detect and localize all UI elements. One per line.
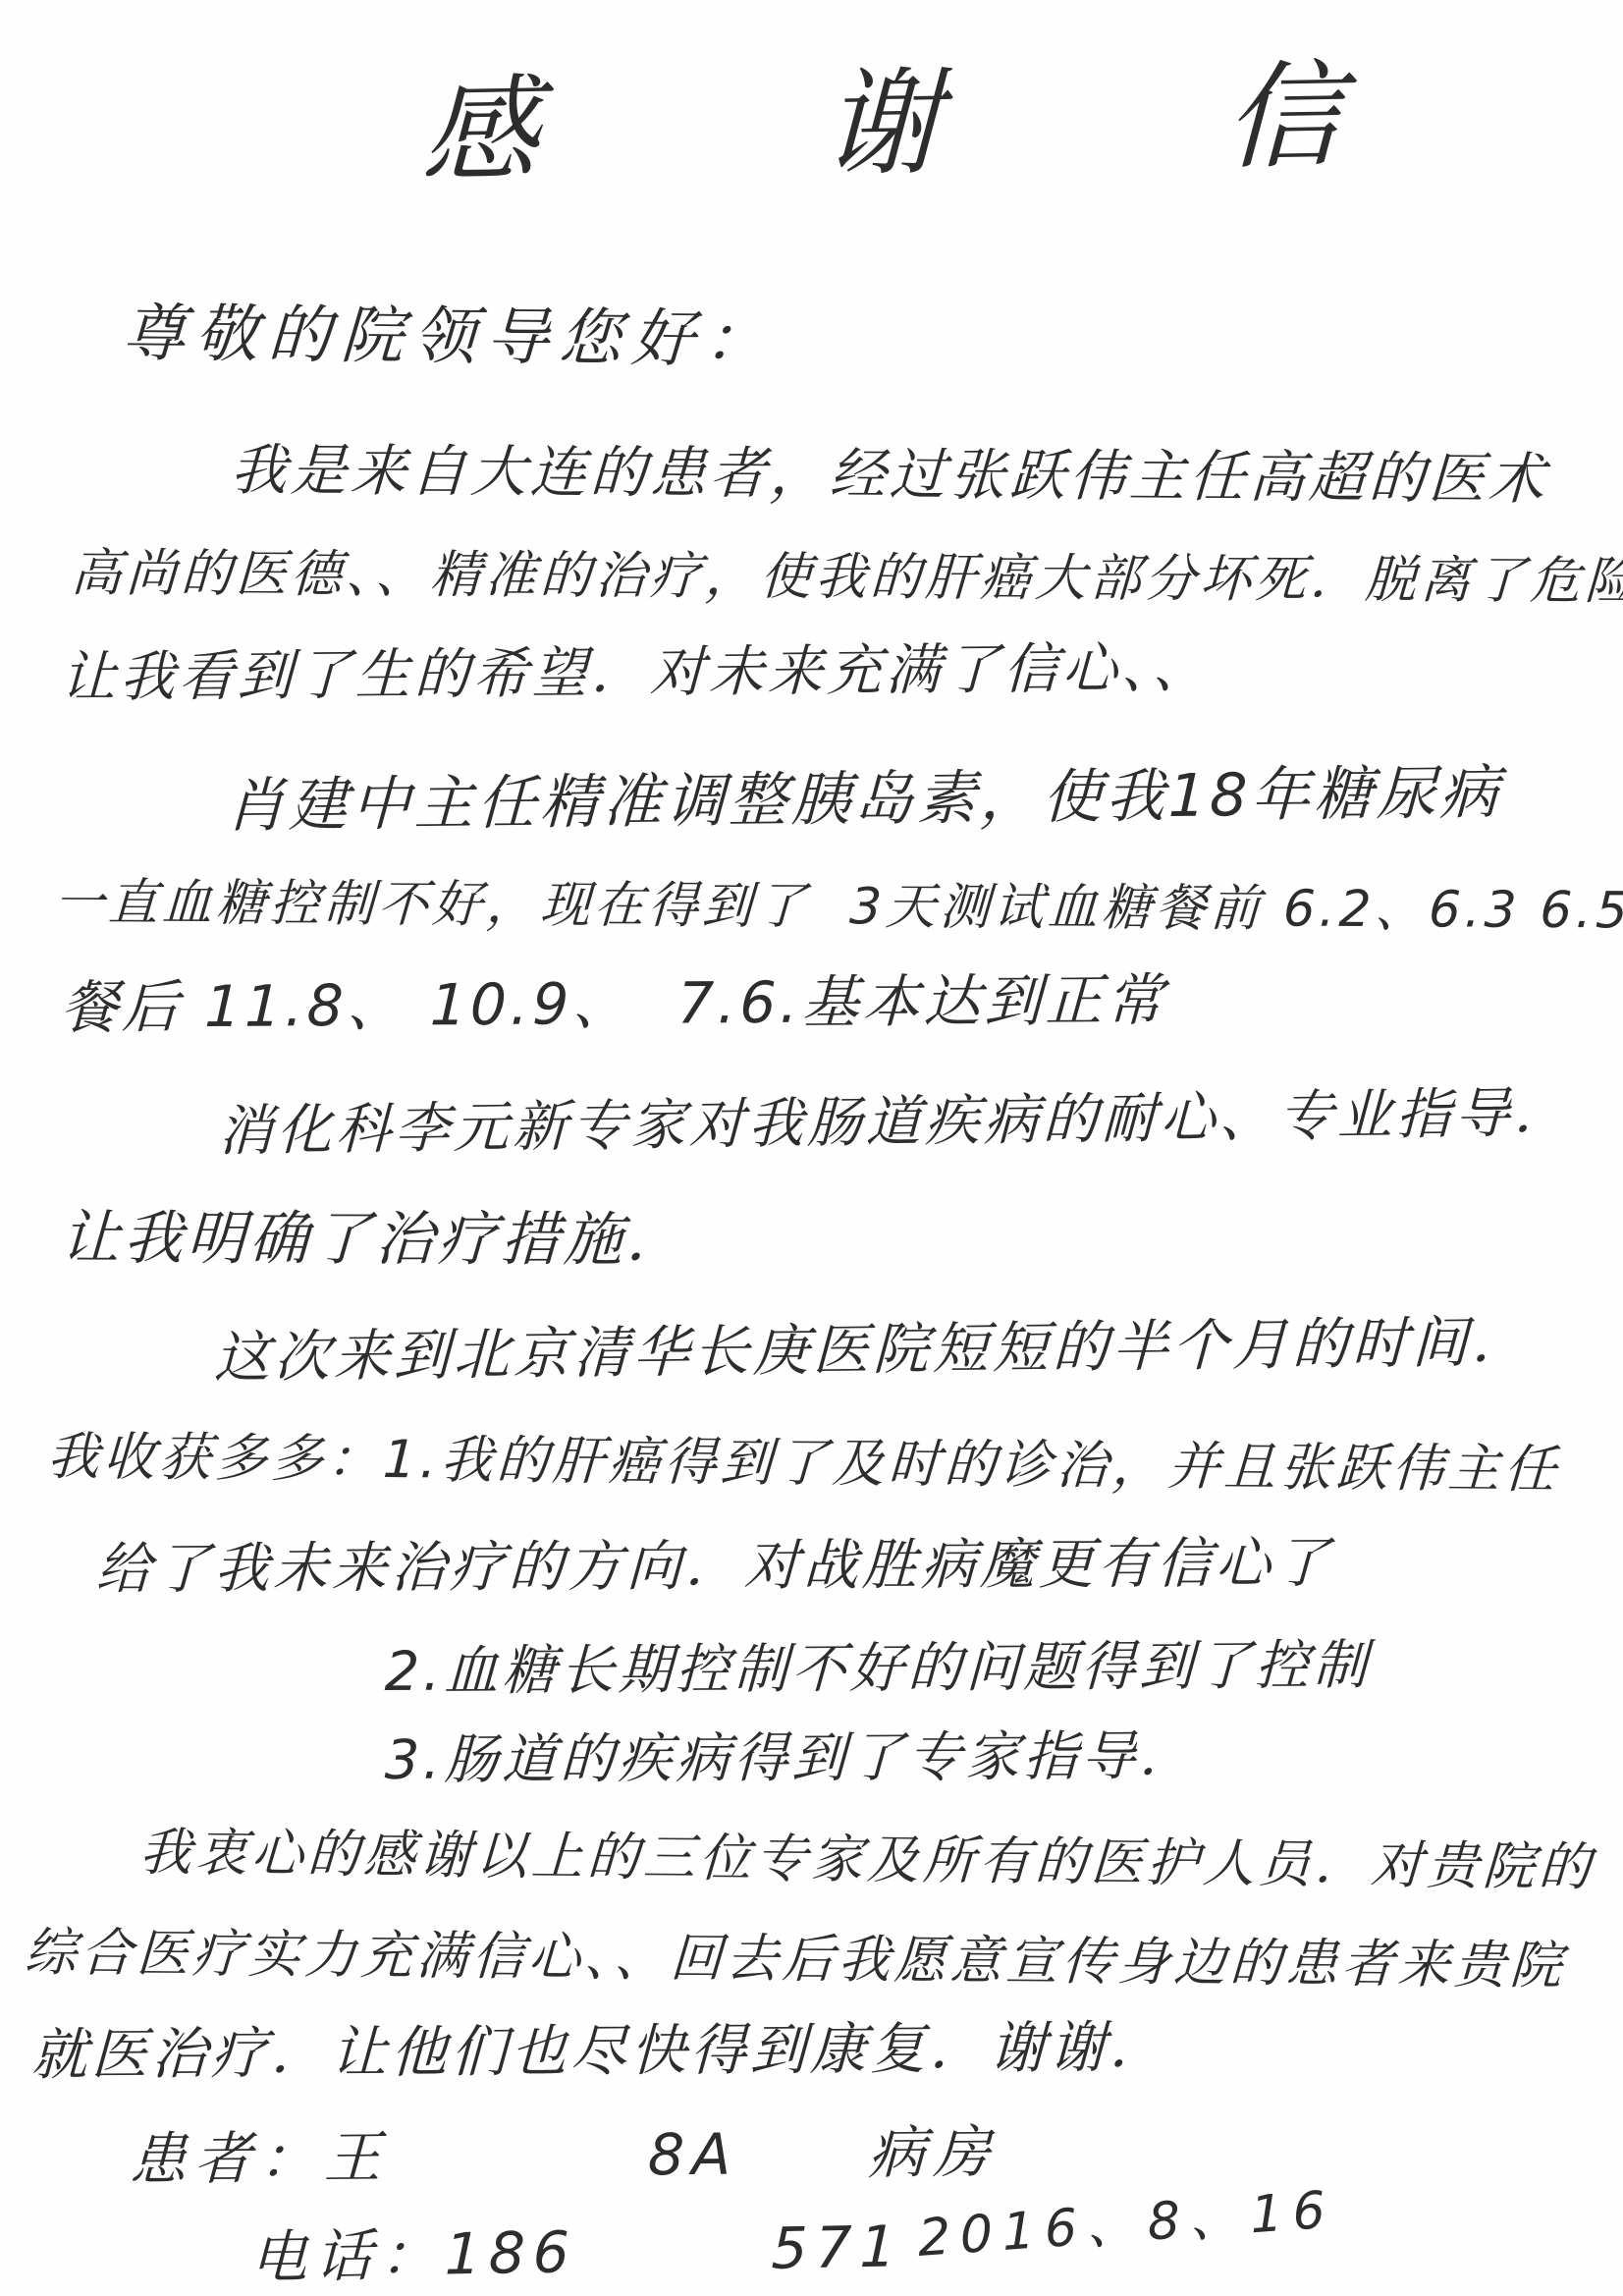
signature-phone-line: 电话：186 571	[249, 2215, 903, 2289]
letter-line-10: 我收获多多：1.我的肝癌得到了及时的诊治，并且张跃伟主任	[46, 1429, 1561, 1500]
letter-page: 感 谢 信 尊敬的院领导您好： 我是来自大连的患者，经过张跃伟主任高超的医术 高…	[0, 0, 1623, 2296]
letter-line-1: 我是来自大连的患者，经过张跃伟主任高超的医术	[230, 440, 1550, 511]
letter-line-7: 消化科李元新专家对我肠道疾病的耐心、专业指导．	[217, 1083, 1573, 1163]
letter-line-6: 餐后 11.8、 10.9、 7.6.基本达到正常	[60, 969, 1167, 1040]
letter-line-8: 让我明确了治疗措施．	[60, 1206, 691, 1273]
letter-line-13: 3.肠道的疾病得到了专家指导．	[384, 1726, 1198, 1790]
letter-line-11: 给了我未来治疗的方向．对战胜病魔更有信心了	[95, 1533, 1334, 1600]
letter-line-14: 我衷心的感谢以上的三位专家及所有的医护人员．对贵院的	[138, 1825, 1596, 1897]
letter-line-4: 肖建中主任精准调整胰岛素，使我18年糖尿病	[225, 760, 1503, 839]
letter-title: 感 谢 信	[421, 51, 1413, 195]
signature-patient-line: 患者：王 8A 病房	[129, 2121, 999, 2192]
letter-line-3: 让我看到了生的希望．对未来充满了信心、、	[60, 638, 1213, 709]
letter-line-15: 综合医疗实力充满信心、、回去后我愿意宣传身边的患者来贵院	[24, 1925, 1567, 1995]
letter-line-5: 一直血糖控制不好，现在得到了 3天测试血糖餐前 6.2、6.3 6.5	[53, 876, 1623, 939]
letter-line-12: 2.血糖长期控制不好的问题得到了控制	[384, 1635, 1372, 1702]
letter-line-2: 高尚的医德、、精准的治疗，使我的肝癌大部分坏死．脱离了危险	[70, 546, 1623, 611]
signature-date: 2016、8、16	[917, 2182, 1336, 2268]
letter-salutation: 尊敬的院领导您好：	[121, 300, 778, 375]
letter-line-16: 就医治疗．让他们也尽快得到康复．谢谢．	[30, 2017, 1170, 2087]
letter-line-9: 这次来到北京清华长庚医院短短的半个月的时间．	[213, 1312, 1532, 1390]
